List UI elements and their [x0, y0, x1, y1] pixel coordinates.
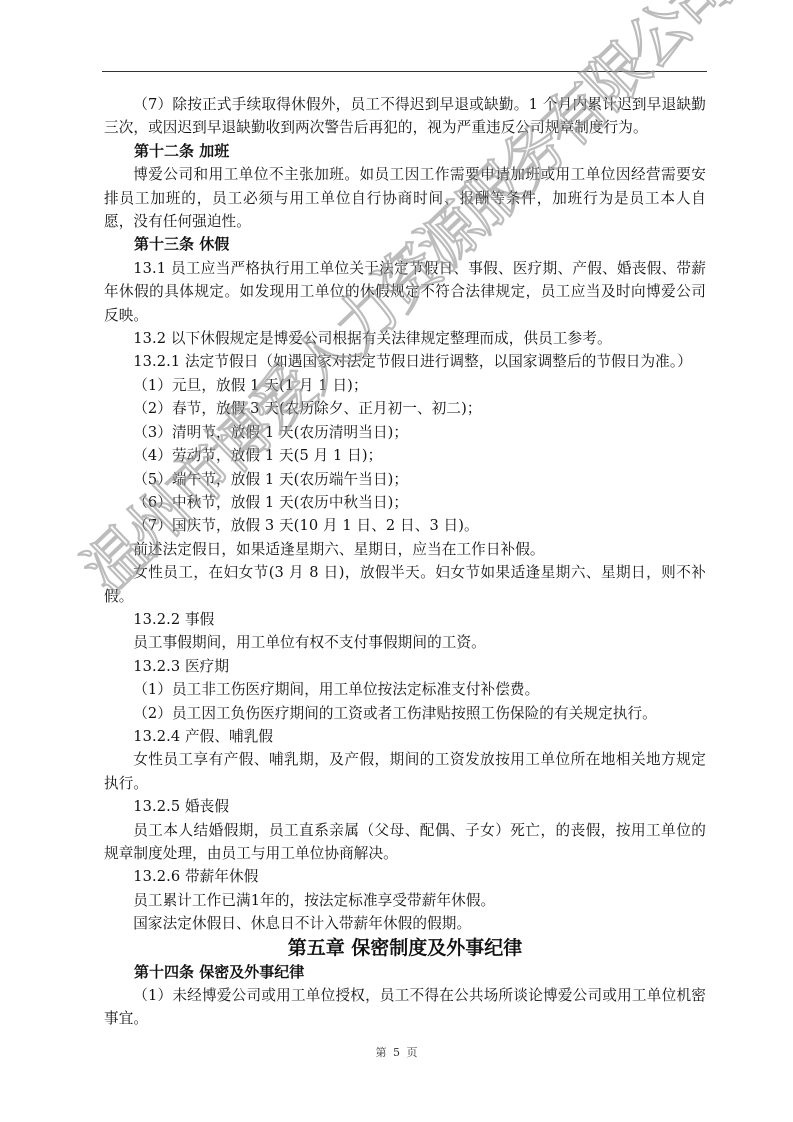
- paragraph-13-2-1: 13.2.1 法定节假日（如遇国家对法定节假日进行调整，以国家调整后的节假日为准…: [104, 350, 706, 373]
- article-heading-14: 第十四条 保密及外事纪律: [104, 961, 706, 984]
- paragraph-maternity: 女性员工享有产假、哺乳期，及产假，期间的工资发放按用工单位所在地相关地方规定执行…: [104, 748, 706, 795]
- holiday-item-5: （5）端午节，放假 1 天(农历端午当日)；: [104, 468, 706, 491]
- medical-item-1: （1）员工非工伤医疗期间，用工单位按法定标准支付补偿费。: [104, 678, 706, 701]
- document-body: （7）除按正式手续取得休假外，员工不得迟到早退或缺勤。1 个月内累计迟到早退缺勤…: [104, 93, 706, 1031]
- paragraph-overtime: 博爱公司和用工单位不主张加班。如员工因工作需要申请加班或用工单位因经营需要安排员…: [104, 163, 706, 233]
- paragraph-personal-leave: 员工事假期间，用工单位有权不支付事假期间的工资。: [104, 631, 706, 654]
- subheading-13-2-5: 13.2.5 婚丧假: [104, 795, 706, 818]
- holiday-item-3: （3）清明节，放假 1 天(农历清明当日)；: [104, 421, 706, 444]
- paragraph-makeup-holiday: 前述法定假日，如果适逢星期六、星期日，应当在工作日补假。: [104, 538, 706, 561]
- subheading-13-2-6: 13.2.6 带薪年休假: [104, 865, 706, 888]
- paragraph-13-2: 13.2 以下休假规定是博爱公司根据有关法律规定整理而成，供员工参考。: [104, 327, 706, 350]
- holiday-item-1: （1）元旦，放假 1 天(1 月 1 日)；: [104, 374, 706, 397]
- article-heading-12: 第十二条 加班: [104, 140, 706, 163]
- paragraph-confidentiality-1: （1）未经博爱公司或用工单位授权，员工不得在公共场所谈论博爱公司或用工单位机密事…: [104, 984, 706, 1031]
- paragraph-13-1: 13.1 员工应当严格执行用工单位关于法定节假日、事假、医疗期、产假、婚丧假、带…: [104, 257, 706, 327]
- subheading-13-2-2: 13.2.2 事假: [104, 608, 706, 631]
- header-rule: [102, 71, 707, 72]
- paragraph-rule-7: （7）除按正式手续取得休假外，员工不得迟到早退或缺勤。1 个月内累计迟到早退缺勤…: [104, 93, 706, 140]
- article-heading-13: 第十三条 休假: [104, 233, 706, 256]
- subheading-13-2-4: 13.2.4 产假、哺乳假: [104, 725, 706, 748]
- paragraph-annual-leave: 员工累计工作已满1年的，按法定标准享受带薪年休假。: [104, 889, 706, 912]
- holiday-item-6: （6）中秋节，放假 1 天(农历中秋当日)；: [104, 491, 706, 514]
- holiday-item-4: （4）劳动节，放假 1 天(5 月 1 日)；: [104, 444, 706, 467]
- paragraph-womens-day: 女性员工，在妇女节(3 月 8 日)，放假半天。妇女节如果适逢星期六、星期日，则…: [104, 561, 706, 608]
- paragraph-marriage-funeral: 员工本人结婚假期，员工直系亲属（父母、配偶、子女）死亡，的丧假，按用工单位的规章…: [104, 819, 706, 866]
- paragraph-annual-leave-exclusion: 国家法定休假日、休息日不计入带薪年休假的假期。: [104, 912, 706, 935]
- chapter-heading-5: 第五章 保密制度及外事纪律: [104, 936, 706, 961]
- subheading-13-2-3: 13.2.3 医疗期: [104, 655, 706, 678]
- medical-item-2: （2）员工因工负伤医疗期间的工资或者工伤津贴按照工伤保险的有关规定执行。: [104, 702, 706, 725]
- page-number: 第 5 页: [0, 1044, 793, 1060]
- holiday-item-2: （2）春节，放假 3 天(农历除夕、正月初一、初二)；: [104, 397, 706, 420]
- holiday-item-7: （7）国庆节，放假 3 天(10 月 1 日、2 日、3 日)。: [104, 514, 706, 537]
